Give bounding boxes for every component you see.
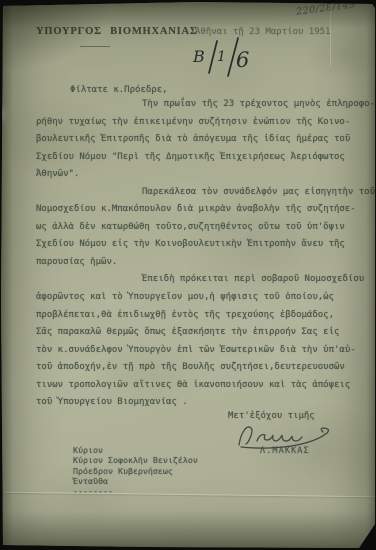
- recipient-line: --------: [73, 486, 198, 496]
- salutation: Φίλτατε κ.Πρόεδρε,: [70, 85, 168, 95]
- body-line: Σχεδίου Νόμου "Περὶ τῆς Δημοτικῆς Ἐπιχει…: [36, 149, 366, 167]
- body-line: βουλευτικῆς Ἐπιτροπῆς διὰ τὸ ἀπόγευμα τῆ…: [36, 131, 366, 149]
- letter-body: Τὴν πρωΐαν τῆς 23 τρέχοντος μηνὸς ἐπληρο…: [36, 96, 366, 412]
- photo-background: 220/28/149 ΥΠΟΥΡΓΟΣ ΒΙΟΜΗΧΑΝΙΑΣ Ἀθῆναι τ…: [0, 0, 376, 550]
- registry-code-letter: Β: [192, 47, 205, 66]
- body-line: Παρεκάλεσα τὸν συνάδελφόν μας εἰσηγητὴν …: [36, 184, 366, 202]
- registry-code-number-2: 6: [236, 48, 249, 72]
- date-line: Ἀθῆναι τῇ 23 Μαρτίου 1951: [195, 27, 330, 37]
- body-line: Νομοσχεδίου κ.Μπακόπουλον διὰ μικρὰν ἀνα…: [36, 201, 366, 219]
- archive-number-annotation: 220/28/149: [296, 0, 357, 18]
- registry-code-number-1: 1: [217, 49, 226, 65]
- body-line: Σχεδίου Νόμου εἰς τὴν Κοινοβουλευτικὴν Ἐ…: [36, 236, 366, 254]
- signature-stroke: [257, 435, 302, 441]
- body-line: Ἐπειδὴ πρόκειται περὶ σοβαροῦ Νομοσχεδίο…: [36, 271, 366, 289]
- document-paper: 220/28/149 ΥΠΟΥΡΓΟΣ ΒΙΟΜΗΧΑΝΙΑΣ Ἀθῆναι τ…: [0, 0, 376, 550]
- body-line: τινων τροπολογιῶν αἵτινες θὰ ἱκανοποιήσο…: [36, 377, 366, 395]
- body-line: Τὴν πρωΐαν τῆς 23 τρέχοντος μηνὸς ἐπληρο…: [36, 96, 366, 114]
- recipient-line: Ἐνταῦθα: [73, 476, 198, 486]
- recipient-line: Πρόεδρον Κυβερνήσεως: [73, 466, 198, 476]
- body-line: ως ἀλλὰ δὲν κατωρθώθη τοῦτο,συζητηθέντος…: [36, 219, 366, 237]
- letterhead-title: ΥΠΟΥΡΓΟΣ ΒΙΟΜΗΧΑΝΙΑΣ: [36, 26, 198, 37]
- recipient-block: Κύριον Κύριον Σοφοκλῆν Βενιζέλον Πρόεδρο…: [73, 445, 198, 496]
- registry-code-annotation: Β 1 6: [192, 37, 256, 77]
- body-line: Σᾶς παρακαλῶ θερμῶς ὅπως ἐξασκήσητε τὴν …: [36, 324, 366, 342]
- body-line: τὸν κ.συνάδελφον Ὑπουργὸν ἐπὶ τῶν Ἐσωτερ…: [36, 342, 366, 360]
- signature-stroke: [239, 427, 252, 445]
- recipient-line: Κύριον: [73, 445, 198, 455]
- body-line: παρουσίας ἡμῶν.: [36, 254, 366, 272]
- body-line: Ἀθηνῶν".: [36, 166, 366, 184]
- letterhead-rule: [80, 46, 110, 47]
- body-line: τοῦ ἀποδοχήν,ἐν τῇ πρὸ τῆς Βουλῆς συζητή…: [36, 359, 366, 377]
- fold-crease-vertical: [330, 2, 331, 66]
- body-line: ρήθην τυχαίως τὴν ἐπικειμένην συζήτησιν …: [36, 114, 366, 132]
- paper-crease-highlight: [0, 106, 5, 122]
- recipient-line: Κύριον Σοφοκλῆν Βενιζέλον: [73, 455, 198, 465]
- registry-slash-icon: [209, 41, 217, 73]
- body-line: ἀφορῶντος καὶ τὸ Ὑπουργεῖον μου,ἡ ψήφισι…: [36, 289, 366, 307]
- body-line: τοῦ Ὑπουργείου Βιομηχανίας .: [36, 394, 366, 412]
- signature-name: Λ.ΜΑΚΚΑΣ: [260, 446, 310, 456]
- body-line: προβλέπεται,θὰ ἐπιδιωχθῇ ἐντὸς τῆς τρεχο…: [36, 307, 366, 325]
